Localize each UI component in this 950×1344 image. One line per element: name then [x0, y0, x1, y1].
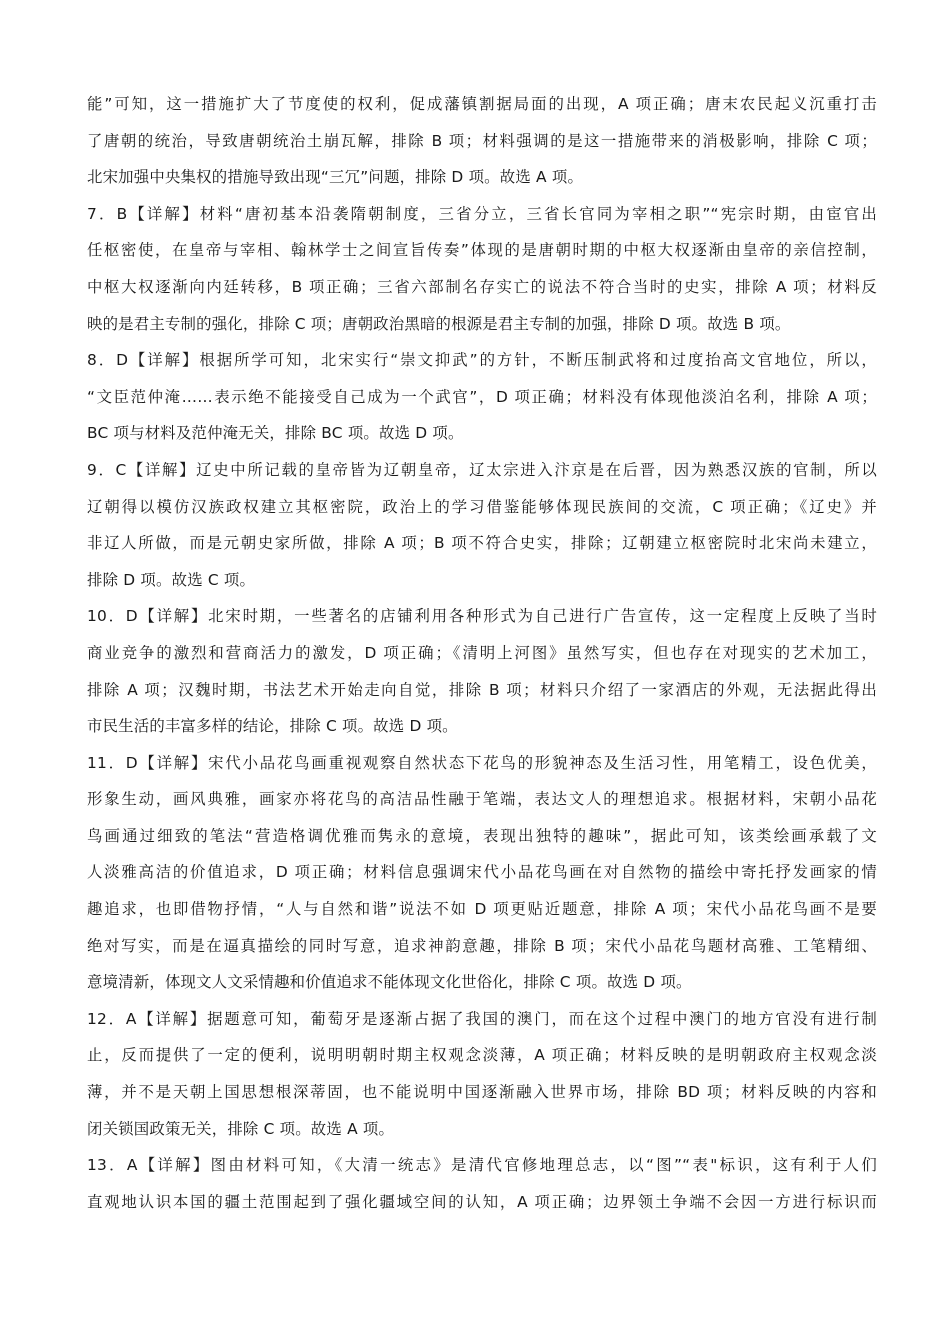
text-line: 直观地认识本国的疆土范围起到了强化疆域空间的认知，A 项正确；边界领土争端不会因… — [87, 1184, 877, 1221]
question-9-explanation: 9．C【详解】辽史中所记载的皇帝皆为辽朝皇帝，辽太宗进入汴京是在后晋，因为熟悉汉… — [87, 452, 877, 489]
text-line: 形象生动，画风典雅，画家亦将花鸟的高洁品性融于笔端，表达文人的理想追求。根据材料… — [87, 781, 877, 818]
text-line: BC 项与材料及范仲淹无关，排除 BC 项。故选 D 项。 — [87, 415, 877, 452]
text-line: 映的是君主专制的强化，排除 C 项；唐朝政治黑暗的根源是君主专制的加强，排除 D… — [87, 306, 877, 343]
text-line: 中枢大权逐渐向内廷转移，B 项正确；三省六部制名存实亡的说法不符合当时的史实，排… — [87, 269, 877, 306]
text-line: 辽朝得以模仿汉族政权建立其枢密院，政治上的学习借鉴能够体现民族间的交流，C 项正… — [87, 489, 877, 526]
text-line: 商业竞争的激烈和营商活力的激发，D 项正确；《清明上河图》虽然写实，但也存在对现… — [87, 635, 877, 672]
text-line: 人淡雅高洁的价值追求，D 项正确；材料信息强调宋代小品花鸟画在对自然物的描绘中寄… — [87, 854, 877, 891]
text-line: 排除 A 项；汉魏时期，书法艺术开始走向自觉，排除 B 项；材料只介绍了一家酒店… — [87, 672, 877, 709]
question-8-explanation: 8．D【详解】根据所学可知，北宋实行“崇文抑武”的方针，不断压制武将和过度抬高文… — [87, 342, 877, 379]
question-13-explanation: 13．A【详解】图由材料可知，《大清一统志》是清代官修地理总志，以“图”“表"标… — [87, 1147, 877, 1184]
text-line: 了唐朝的统治，导致唐朝统治土崩瓦解，排除 B 项；材料强调的是这一措施带来的消极… — [87, 123, 877, 160]
question-7-explanation: 7．B【详解】材料“唐初基本沿袭隋朝制度，三省分立，三省长官同为宰相之职”“宪宗… — [87, 196, 877, 233]
text-line: 非辽人所做，而是元朝史家所做，排除 A 项；B 项不符合史实，排除；辽朝建立枢密… — [87, 525, 877, 562]
text-line: 鸟画通过细致的笔法“营造格调优雅而隽永的意境，表现出独特的趣味”，据此可知，该类… — [87, 818, 877, 855]
text-line: 止，反而提供了一定的便利，说明明朝时期主权观念淡薄，A 项正确；材料反映的是明朝… — [87, 1037, 877, 1074]
text-line: 薄，并不是天朝上国思想根深蒂固，也不能说明中国逐渐融入世界市场，排除 BD 项；… — [87, 1074, 877, 1111]
text-line: 市民生活的丰富多样的结论，排除 C 项。故选 D 项。 — [87, 708, 877, 745]
question-10-explanation: 10．D【详解】北宋时期，一些著名的店铺利用各种形式为自己进行广告宣传，这一定程… — [87, 598, 877, 635]
text-line: 趣追求，也即借物抒情，“人与自然和谐”说法不如 D 项更贴近题意，排除 A 项；… — [87, 891, 877, 928]
question-11-explanation: 11．D【详解】宋代小品花鸟画重视观察自然状态下花鸟的形貌神态及生活习性，用笔精… — [87, 745, 877, 782]
text-line: 能”可知，这一措施扩大了节度使的权利，促成藩镇割据局面的出现，A 项正确；唐末农… — [87, 86, 877, 123]
text-line: “文臣范仲淹……表示绝不能接受自己成为一个武官”，D 项正确；材料没有体现他淡泊… — [87, 379, 877, 416]
text-line: 意境清新，体现文人文采情趣和价值追求不能体现文化世俗化，排除 C 项。故选 D … — [87, 964, 877, 1001]
question-12-explanation: 12．A【详解】据题意可知，葡萄牙是逐渐占据了我国的澳门，而在这个过程中澳门的地… — [87, 1001, 877, 1038]
text-line: 排除 D 项。故选 C 项。 — [87, 562, 877, 599]
text-line: 闭关锁国政策无关，排除 C 项。故选 A 项。 — [87, 1111, 877, 1148]
text-line: 北宋加强中央集权的措施导致出现“三冗”问题，排除 D 项。故选 A 项。 — [87, 159, 877, 196]
text-line: 绝对写实，而是在逼真描绘的同时写意，追求神韵意趣，排除 B 项；宋代小品花鸟题材… — [87, 928, 877, 965]
answer-explanations-page: 能”可知，这一措施扩大了节度使的权利，促成藩镇割据局面的出现，A 项正确；唐末农… — [87, 86, 877, 1220]
text-line: 任枢密使，在皇帝与宰相、翰林学士之间宣旨传奏”体现的是唐朝时期的中枢大权逐渐由皇… — [87, 232, 877, 269]
